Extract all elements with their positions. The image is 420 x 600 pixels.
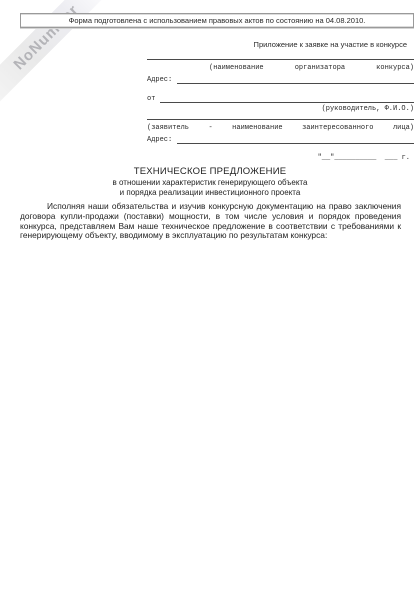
applicant-name-line (147, 119, 414, 120)
head-caption: (руководитель, Ф.И.О.) (147, 105, 414, 113)
address-label-2: Адрес: (147, 136, 172, 144)
watermark-text: NoNumber (10, 1, 82, 73)
organizer-address-blank-line (177, 76, 414, 84)
address-label: Адрес: (147, 76, 172, 84)
preparation-notice-text: Форма подготовлена с использованием прав… (69, 16, 366, 25)
from-label: от (147, 95, 155, 103)
document-subtitle-line-1: в отношении характеристик генерирующего … (0, 178, 420, 188)
organizer-address-row: Адрес: (147, 75, 414, 84)
annex-note: Приложение к заявке на участие в конкурс… (254, 40, 407, 49)
addressee-form-block: (наименование организатора конкурса) Адр… (147, 59, 414, 162)
organizer-name-line (147, 59, 414, 60)
document-subtitle-line-2: и порядка реализации инвестиционного про… (0, 188, 420, 198)
body-paragraph: Исполняя наши обязательства и изучив кон… (20, 202, 401, 241)
applicant-caption: (заявитель - наименование заинтересованн… (147, 124, 414, 132)
from-row: от (147, 94, 414, 103)
document-title-block: ТЕХНИЧЕСКОЕ ПРЕДЛОЖЕНИЕ в отношении хара… (0, 166, 420, 198)
head-name-blank-line (160, 95, 414, 103)
document-page: { "watermark": { "text": "NoNumber" }, "… (0, 0, 420, 600)
organizer-caption: (наименование организатора конкурса) (147, 64, 414, 72)
applicant-address-row: Адрес: (147, 135, 414, 144)
document-title: ТЕХНИЧЕСКОЕ ПРЕДЛОЖЕНИЕ (0, 166, 420, 178)
applicant-address-blank-line (177, 136, 414, 144)
date-blank: "__"__________ ___ г. (147, 154, 414, 162)
preparation-notice-box: Форма подготовлена с использованием прав… (20, 13, 414, 28)
